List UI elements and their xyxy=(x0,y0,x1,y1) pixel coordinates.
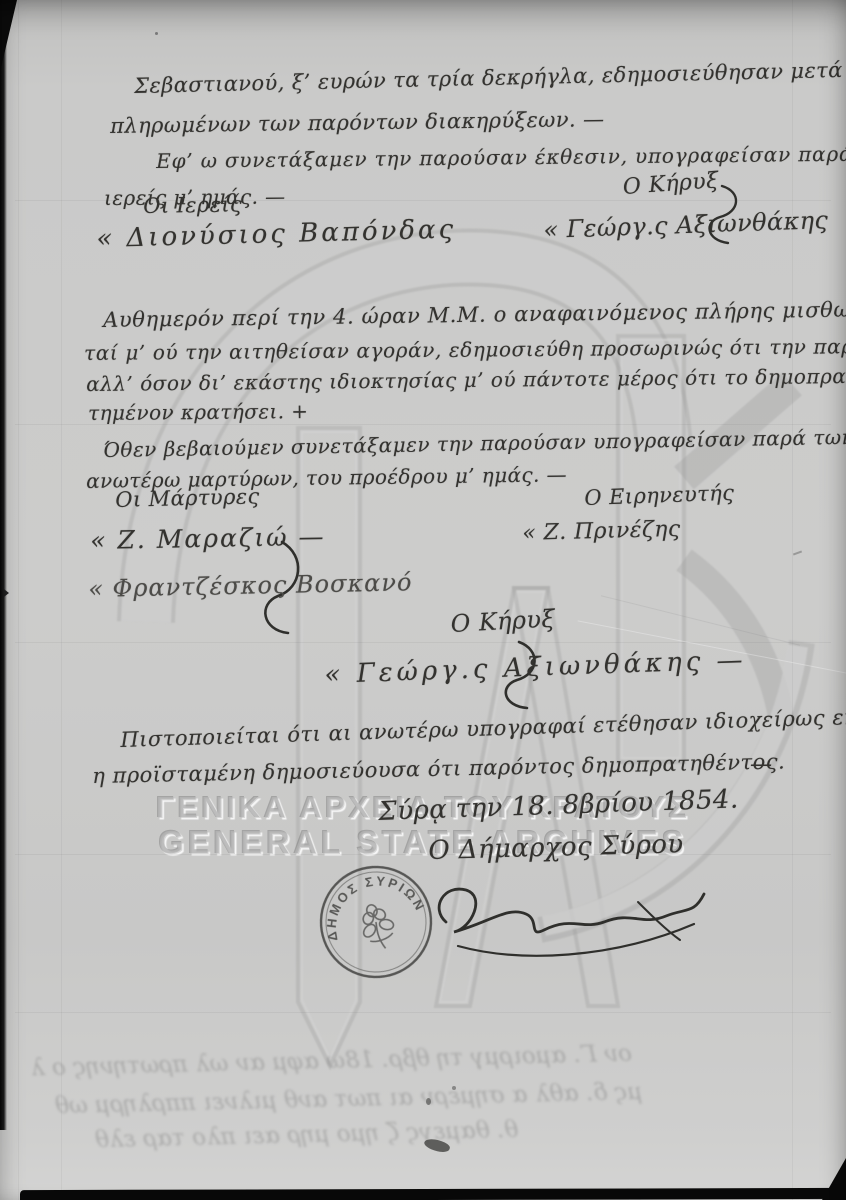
handwriting-line: τημένον κρατήσει. + xyxy=(88,399,308,425)
fold-line xyxy=(18,0,19,1200)
paper-line xyxy=(15,1012,831,1013)
signature-right-name: « Ζ. Πρινέζης xyxy=(522,517,681,546)
crier-label: Ο Κήρυξ xyxy=(450,605,556,638)
signature-left-label: Οι Ιερείς xyxy=(143,192,242,218)
fold-line xyxy=(61,0,62,1200)
svg-text:ΔΗΜΟΣ ΣΥΡΙΩΝ: ΔΗΜΟΣ ΣΥΡΙΩΝ xyxy=(309,858,430,946)
scanned-manuscript-page: ΓΕΝΙΚΑ ΑΡΧΕΙΑ ΤΟΥ ΚΡΑΤΟΥΣ GENERAL STATE … xyxy=(0,0,846,1200)
witnesses-label: Οι Μάρτυρες xyxy=(115,484,260,512)
ink-speck xyxy=(452,1086,456,1090)
mayor-signature xyxy=(428,866,728,966)
ink-blot xyxy=(426,1098,431,1105)
handwriting-dash: — xyxy=(750,752,772,777)
stamp-emblem xyxy=(353,899,402,954)
ink-speck xyxy=(155,32,158,35)
scan-edge-left xyxy=(0,0,7,1130)
paper-line xyxy=(15,642,831,643)
stamp-text: ΔΗΜΟΣ ΣΥΡΙΩΝ xyxy=(309,858,430,946)
fold-line xyxy=(792,0,793,1200)
scan-corner-top-left xyxy=(0,0,17,72)
scan-edge-bottom xyxy=(20,1188,846,1200)
signature-flourish xyxy=(702,182,746,248)
paper-line xyxy=(15,854,831,855)
scan-corner-bottom-right xyxy=(822,1158,846,1200)
